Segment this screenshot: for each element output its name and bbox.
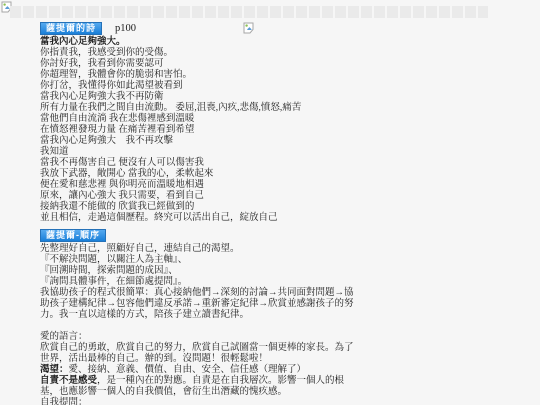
text: 基，也應影響一個人的自我價值，會衍生出潛藏的愧疚感。: [40, 387, 287, 397]
content: 薩提爾的詩p100 當我內心足夠強大。你指責我，我感受到你的受傷。你討好我，我看…: [40, 21, 492, 405]
text-line: 我放下武器，敞開心 當我的心，柔軟起來: [40, 169, 492, 180]
text-line: 當我內心足夠強大我不再防衛: [40, 92, 492, 103]
text-line: 愛的語言：: [40, 332, 492, 343]
text-line: 你超理智，我體會你的脆弱和害怕。: [40, 70, 492, 81]
text: 你打岔，我懂得你如此渴望被看到: [40, 81, 183, 91]
text: 我放下武器，敞開心 當我的心，柔軟起來: [40, 169, 213, 179]
bold-text: 渴望：: [40, 365, 69, 375]
text: 當我內心足夠強大 我不再攻擊: [40, 136, 173, 146]
broken-image-icon: [243, 22, 254, 34]
text: 愛、接納、意義、價值、自由、安全、信任感（理解了）: [69, 365, 307, 375]
text: 當我內心足夠強大我不再防衛: [40, 92, 164, 102]
text-line: 所有力量在我們之間自由流動。 委屈,沮喪,內疚,悲傷,憤怒,痛苦: [40, 103, 492, 114]
section-badge: 薩提爾的詩: [40, 22, 102, 35]
text: ，是一種內在的對應。自責是在自我層次。影響一個人的根: [97, 376, 344, 386]
text-line: 我協助孩子的程式很簡單：真心接納他們→深刻的討論→共同面對問題→協: [40, 288, 492, 299]
text: 你超理智，我體會你的脆弱和害怕。: [40, 70, 192, 80]
text-line: 先整理好自己，照顧好自己，連結自己的渴望。: [40, 244, 492, 255]
text-line: 『不解決問題，以關注人為主軸』、: [40, 255, 492, 266]
text: 我協助孩子的程式很簡單：真心接納他們→深刻的討論→共同面對問題→協: [40, 288, 354, 298]
text: 你討好我，我看到你需要認可: [40, 59, 164, 69]
placeholder-strip: [10, 6, 488, 18]
text: 當他們自由流淌 我在悲傷裡感到溫暖: [40, 114, 194, 124]
document-page: 薩提爾的詩p100 當我內心足夠強大。你指責我，我感受到你的受傷。你討好我，我看…: [0, 0, 540, 405]
text-line: 原來，讓內心強大 我只需要，看到自己: [40, 191, 492, 202]
text: 你指責我，我感受到你的受傷。: [40, 48, 173, 58]
text: 助孩子建構紀律→包容他們違反承諾→重新審定紀律→欣賞並感謝孩子的努: [40, 299, 354, 309]
text-line: 力。我一直以這樣的方式，陪孩子建立讀書紀律。: [40, 310, 492, 321]
bold-text: 自責不是感受: [40, 376, 97, 386]
text: 原來，讓內心強大 我只需要，看到自己: [40, 191, 204, 201]
text: 世界，活出最棒的自己。辦的到。沒問題！很輕鬆啦！: [40, 354, 268, 364]
text-line: 當我內心足夠強大。: [40, 37, 492, 48]
text: 接納我還不能做的 欣賞我已經做到的: [40, 202, 194, 212]
text: 自我提問：: [40, 398, 88, 405]
text-line: 渴望：愛、接納、意義、價值、自由、安全、信任感（理解了）: [40, 365, 492, 376]
text-line: 『詢問具體事件，在細節處提問』。: [40, 277, 492, 288]
text-line: 你討好我，我看到你需要認可: [40, 59, 492, 70]
text: 我知道: [40, 147, 69, 157]
text-line: 並且相信，走過這個歷程。終究可以活出自己，綻放自己: [40, 213, 492, 224]
blank-line: [40, 321, 492, 332]
text: 力。我一直以這樣的方式，陪孩子建立讀書紀律。: [40, 310, 249, 320]
text-line: 『回溯時間，探索問題的成因』、: [40, 266, 492, 277]
text: 欣賞自己的勇敢，欣賞自己的努力，欣賞自己試圖當一個更棒的家長。為了: [40, 343, 354, 353]
text: 所有力量在我們之間自由流動。 委屈,沮喪,內疚,悲傷,憤怒,痛苦: [40, 103, 301, 113]
text: 便在愛和慈悲裡 與你明亮而溫暖地相遇: [40, 180, 204, 190]
text: 愛的語言：: [40, 332, 88, 342]
text-line: 你指責我，我感受到你的受傷。: [40, 48, 492, 59]
section-header: 薩提爾的詩p100: [40, 21, 492, 35]
text: 在憤怒裡發現力量 在痛苦裡看到希望: [40, 125, 194, 135]
page-ref: p100: [115, 23, 136, 34]
text-line: 助孩子建構紀律→包容他們違反承諾→重新審定紀律→欣賞並感謝孩子的努: [40, 299, 492, 310]
text-line: 世界，活出最棒的自己。辦的到。沒問題！很輕鬆啦！: [40, 354, 492, 365]
text-line: 接納我還不能做的 欣賞我已經做到的: [40, 202, 492, 213]
text-line: 便在愛和慈悲裡 與你明亮而溫暖地相遇: [40, 180, 492, 191]
section-header: 薩提爾-順序: [40, 228, 492, 242]
text-line: 我知道: [40, 147, 492, 158]
text-line: 自我提問：: [40, 398, 492, 405]
text: 先整理好自己，照顧好自己，連結自己的渴望。: [40, 244, 240, 254]
text: 當我不再傷害自己 便沒有人可以傷害我: [40, 158, 204, 168]
text-line: 欣賞自己的勇敢，欣賞自己的努力，欣賞自己試圖當一個更棒的家長。為了: [40, 343, 492, 354]
text: 『回溯時間，探索問題的成因』、: [40, 266, 178, 276]
text: 並且相信，走過這個歷程。終究可以活出自己，綻放自己: [40, 213, 278, 223]
bold-text: 當我內心足夠強大。: [40, 37, 126, 47]
text-line: 你打岔，我懂得你如此渴望被看到: [40, 81, 492, 92]
text-line: 當我內心足夠強大 我不再攻擊: [40, 136, 492, 147]
text: 『不解決問題，以關注人為主軸』、: [40, 255, 187, 265]
text: 『詢問具體事件，在細節處提問』。: [40, 277, 187, 287]
text-line: 當我不再傷害自己 便沒有人可以傷害我: [40, 158, 492, 169]
section-badge: 薩提爾-順序: [40, 229, 106, 242]
text-line: 當他們自由流淌 我在悲傷裡感到溫暖: [40, 114, 492, 125]
text-line: 自責不是感受，是一種內在的對應。自責是在自我層次。影響一個人的根: [40, 376, 492, 387]
text-line: 基，也應影響一個人的自我價值，會衍生出潛藏的愧疚感。: [40, 387, 492, 398]
text-line: 在憤怒裡發現力量 在痛苦裡看到希望: [40, 125, 492, 136]
